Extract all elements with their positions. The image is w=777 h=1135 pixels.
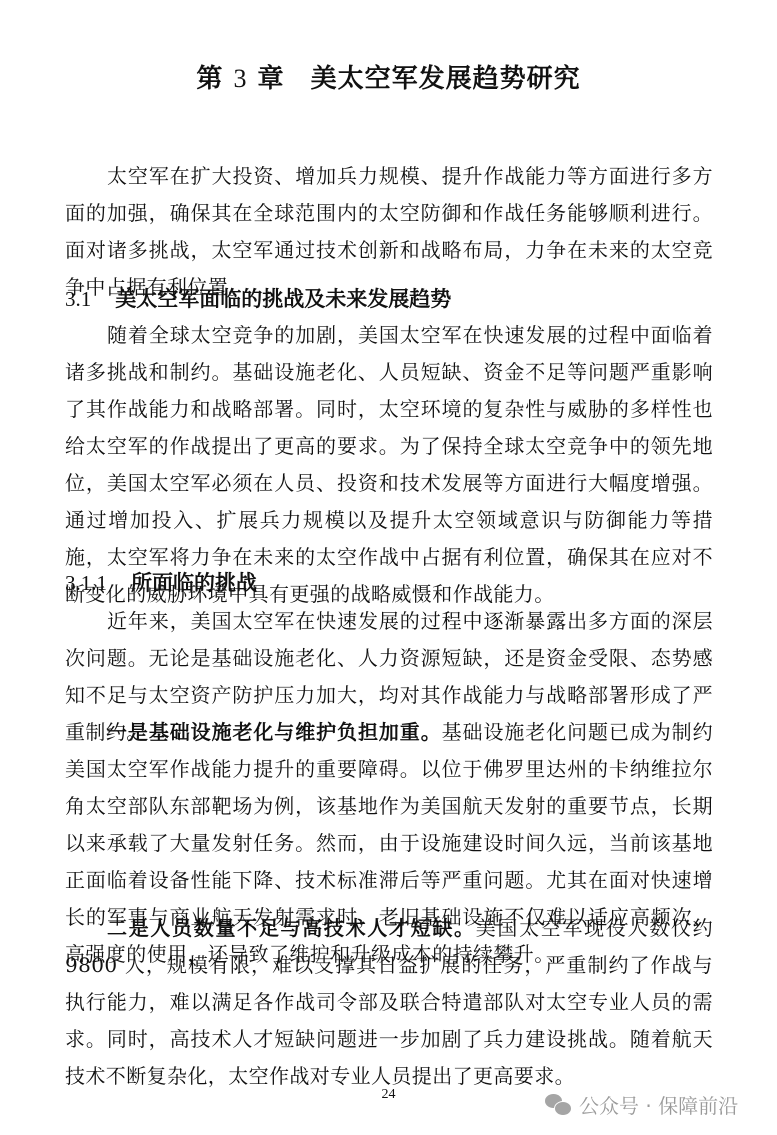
section-heading-3-1: 3.1美太空军面临的挑战及未来发展趋势 [65, 283, 451, 313]
wechat-icon [545, 1094, 571, 1116]
section-number: 3.1 [65, 287, 91, 311]
chapter-number: 3 [233, 64, 247, 93]
section-heading-3-1-1: 3.1.1所面临的挑战 [65, 567, 257, 597]
chapter-prefix: 第 [196, 64, 223, 94]
document-page: 第 3 章美太空军发展趋势研究 太空军在扩大投资、增加兵力规模、提升作战能力等方… [0, 0, 777, 1135]
chapter-title-text: 美太空军发展趋势研究 [311, 64, 581, 94]
point-1-lead: 一是基础设施老化与维护负担加重。 [107, 720, 442, 744]
point-2-lead: 二是人员数量不足与高技术人才短缺。 [107, 916, 476, 940]
chapter-suffix: 章 [258, 64, 285, 94]
watermark: 公众号 · 保障前沿 [545, 1090, 738, 1119]
section-title: 所面临的挑战 [131, 571, 257, 595]
chapter-title: 第 3 章美太空军发展趋势研究 [0, 58, 777, 95]
point-2-text: 美国太空军现役人数仅约 9800 人，规模有限，难以支撑其日益扩展的任务，严重制… [65, 916, 713, 1088]
section-number: 3.1.1 [65, 571, 107, 595]
section-title: 美太空军面临的挑战及未来发展趋势 [115, 287, 451, 311]
point-2-paragraph: 二是人员数量不足与高技术人才短缺。美国太空军现役人数仅约 9800 人，规模有限… [65, 910, 713, 1095]
watermark-text: 公众号 · 保障前沿 [579, 1090, 738, 1119]
